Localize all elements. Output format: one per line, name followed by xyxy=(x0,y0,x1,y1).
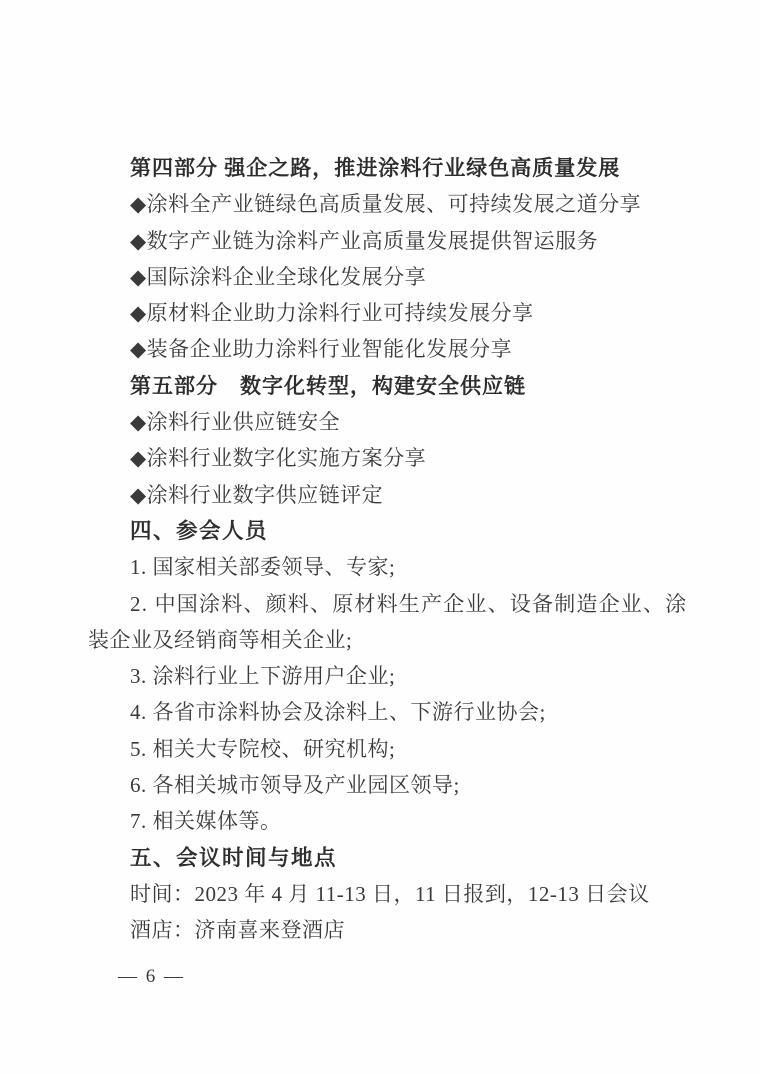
agenda-bullet-item: ◆涂料全产业链绿色高质量发展、可持续发展之道分享 xyxy=(88,186,678,222)
agenda-bullet-item: ◆涂料行业数字供应链评定 xyxy=(88,477,678,513)
attendee-item-2: 2. 中国涂料、颜料、原材料生产企业、设备制造企业、涂 xyxy=(88,586,678,622)
agenda-bullet-item: ◆涂料行业供应链安全 xyxy=(88,404,678,440)
attendee-item-3: 3. 涂料行业上下游用户企业; xyxy=(88,658,678,694)
attendee-item-1: 1. 国家相关部委领导、专家; xyxy=(88,549,678,585)
document-content: 第四部分 强企之路，推进涂料行业绿色高质量发展 ◆涂料全产业链绿色高质量发展、可… xyxy=(88,150,678,949)
attendee-item-6: 6. 各相关城市领导及产业园区领导; xyxy=(88,767,678,803)
attendee-item-2-continuation: 装企业及经销商等相关企业; xyxy=(88,622,678,658)
page-number: — 6 — xyxy=(118,965,185,989)
attendee-item-7: 7. 相关媒体等。 xyxy=(88,803,678,839)
meeting-hotel: 酒店：济南喜来登酒店 xyxy=(88,912,678,948)
agenda-bullet-item: ◆原材料企业助力涂料行业可持续发展分享 xyxy=(88,295,678,331)
heading-section4-attendees: 四、参会人员 xyxy=(88,513,678,549)
heading-section5-time-location: 五、会议时间与地点 xyxy=(88,840,678,876)
meeting-time: 时间：2023 年 4 月 11-13 日，11 日报到，12-13 日会议 xyxy=(88,876,678,912)
agenda-bullet-item: ◆数字产业链为涂料产业高质量发展提供智运服务 xyxy=(88,223,678,259)
attendee-item-5: 5. 相关大专院校、研究机构; xyxy=(88,731,678,767)
document-page: 第四部分 强企之路，推进涂料行业绿色高质量发展 ◆涂料全产业链绿色高质量发展、可… xyxy=(0,0,760,1074)
heading-part4: 第四部分 强企之路，推进涂料行业绿色高质量发展 xyxy=(88,150,678,186)
agenda-bullet-item: ◆国际涂料企业全球化发展分享 xyxy=(88,259,678,295)
agenda-bullet-item: ◆装备企业助力涂料行业智能化发展分享 xyxy=(88,331,678,367)
heading-part5: 第五部分 数字化转型，构建安全供应链 xyxy=(88,368,678,404)
agenda-bullet-item: ◆涂料行业数字化实施方案分享 xyxy=(88,440,678,476)
attendee-item-4: 4. 各省市涂料协会及涂料上、下游行业协会; xyxy=(88,694,678,730)
